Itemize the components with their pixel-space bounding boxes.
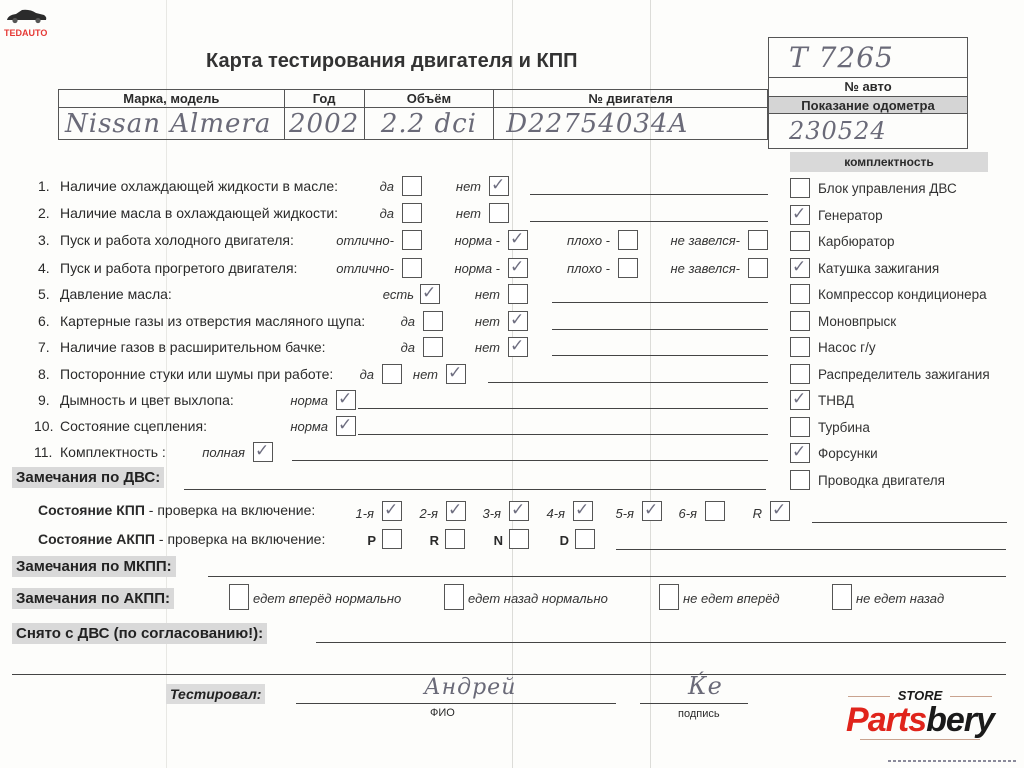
option-label: плохо - (567, 261, 610, 276)
option-label: да (380, 179, 394, 194)
store-label: STORE (898, 688, 943, 703)
gear-label: 2-я (419, 506, 438, 521)
check-number: 3. (38, 232, 50, 248)
engine-number-value[interactable]: D22754034A (494, 108, 768, 140)
gear-checkbox[interactable]: ✓ (382, 501, 402, 521)
check-label: Давление масла: (60, 286, 172, 302)
option-label: отлично- (336, 261, 394, 276)
option-label: да (360, 367, 374, 382)
option-checkbox[interactable]: ✓ (508, 311, 528, 331)
option-label: отлично- (336, 233, 394, 248)
check-label: Пуск и работа прогретого двигателя: (60, 260, 297, 276)
option-checkbox[interactable]: ✓ (508, 337, 528, 357)
kit-checkbox[interactable] (790, 284, 810, 304)
kit-checkbox[interactable]: ✓ (790, 390, 810, 410)
removed-label: Снято с ДВС (по согласованию!): (12, 623, 267, 644)
check-mark-icon: ✓ (792, 256, 806, 278)
manual-gearbox-notes-line[interactable] (812, 522, 1007, 523)
option-label: нет (413, 367, 438, 382)
notes-line[interactable] (358, 434, 768, 435)
kit-item-label: Насос г/у (818, 340, 876, 355)
option-checkbox[interactable] (748, 258, 768, 278)
auto-gearbox-notes-line[interactable] (616, 549, 1006, 550)
kit-checkbox[interactable]: ✓ (790, 205, 810, 225)
akpp-option-checkbox[interactable] (832, 584, 852, 610)
check-mark-icon: ✓ (384, 499, 398, 521)
option-label: не завелся- (670, 233, 740, 248)
kit-header: комплектность (790, 152, 988, 172)
akpp-option-checkbox[interactable] (444, 584, 464, 610)
notes-line[interactable] (530, 221, 768, 222)
option-label: норма (290, 419, 328, 434)
gear-checkbox[interactable]: ✓ (573, 501, 593, 521)
check-number: 5. (38, 286, 50, 302)
option-checkbox[interactable] (618, 230, 638, 250)
option-label: нет (456, 179, 481, 194)
option-checkbox[interactable]: ✓ (253, 442, 273, 462)
option-checkbox[interactable] (402, 176, 422, 196)
check-number: 8. (38, 366, 50, 382)
option-label: плохо - (567, 233, 610, 248)
check-number: 1. (38, 178, 50, 194)
check-mark-icon: ✓ (338, 388, 352, 410)
header-make-model: Марка, модель (59, 90, 285, 108)
check-mark-icon: ✓ (448, 499, 462, 521)
kit-checkbox[interactable] (790, 417, 810, 437)
partsbery-watermark: STORE Partsbery (834, 688, 1006, 740)
option-checkbox[interactable]: ✓ (508, 230, 528, 250)
removed-line[interactable] (316, 642, 1006, 643)
kit-checkbox[interactable] (790, 337, 810, 357)
notes-line[interactable] (488, 382, 768, 383)
kit-item-label: Турбина (818, 420, 870, 435)
kit-checkbox[interactable]: ✓ (790, 258, 810, 278)
check-number: 6. (38, 313, 50, 329)
option-checkbox[interactable]: ✓ (446, 364, 466, 384)
gear-position-label: P (367, 533, 376, 548)
option-checkbox[interactable]: ✓ (336, 416, 356, 436)
vehicle-table: Марка, модель Год Объём № двигателя Niss… (58, 89, 768, 140)
make-model-value[interactable]: Nissan Almera (59, 108, 285, 140)
signature-caption: подпись (678, 708, 720, 720)
kit-item-label: Распределитель зажигания (818, 367, 990, 382)
option-label: не завелся- (670, 261, 740, 276)
manual-gearbox-label: Состояние КПП - проверка на включение: (38, 502, 315, 518)
kit-item-label: Компрессор кондиционера (818, 287, 987, 302)
volume-value[interactable]: 2.2 dci (364, 108, 494, 140)
gear-label: 6-я (678, 506, 697, 521)
option-checkbox[interactable] (402, 258, 422, 278)
check-mark-icon: ✓ (792, 388, 806, 410)
gear-label: 4-я (546, 506, 565, 521)
signature-mark[interactable]: Ќе (688, 672, 723, 700)
option-checkbox[interactable]: ✓ (336, 390, 356, 410)
header-year: Год (284, 90, 364, 108)
gear-checkbox[interactable]: ✓ (770, 501, 790, 521)
fine-print (888, 760, 1018, 762)
check-mark-icon: ✓ (510, 309, 524, 331)
kit-item-label: Форсунки (818, 446, 878, 461)
gear-checkbox[interactable] (705, 501, 725, 521)
kit-checkbox[interactable] (790, 470, 810, 490)
header-engine-number: № двигателя (494, 90, 768, 108)
akpp-option-label: едет назад нормально (468, 591, 608, 606)
check-mark-icon: ✓ (510, 228, 524, 250)
check-mark-icon: ✓ (338, 414, 352, 436)
kit-checkbox[interactable] (790, 364, 810, 384)
gear-position-checkbox[interactable] (509, 529, 529, 549)
check-mark-icon: ✓ (792, 203, 806, 225)
akpp-option-checkbox[interactable] (229, 584, 249, 610)
option-label: норма - (454, 261, 500, 276)
option-label: норма (290, 393, 328, 408)
check-mark-icon: ✓ (511, 499, 525, 521)
option-checkbox[interactable] (618, 258, 638, 278)
engine-remarks-label: Замечания по ДВС: (12, 467, 164, 488)
option-label: нет (475, 314, 500, 329)
check-label: Посторонние стуки или шумы при работе: (60, 366, 333, 382)
option-checkbox[interactable] (402, 230, 422, 250)
check-number: 7. (38, 339, 50, 355)
kit-item-label: Катушка зажигания (818, 261, 939, 276)
gear-position-label: R (430, 533, 439, 548)
check-mark-icon: ✓ (575, 499, 589, 521)
gear-checkbox[interactable]: ✓ (642, 501, 662, 521)
option-label: норма - (454, 233, 500, 248)
option-label: да (401, 314, 415, 329)
gear-checkbox[interactable]: ✓ (446, 501, 466, 521)
option-label: есть (383, 287, 414, 302)
year-value[interactable]: 2002 (284, 108, 364, 140)
option-checkbox[interactable]: ✓ (508, 258, 528, 278)
kit-checkbox[interactable] (790, 178, 810, 198)
brand-bery: bery (926, 701, 994, 739)
odometer-label: Показание одометра (769, 96, 967, 114)
check-number: 9. (38, 392, 50, 408)
kit-item-label: Карбюратор (818, 234, 895, 249)
header-volume: Объём (364, 90, 494, 108)
signature-line[interactable] (640, 703, 748, 704)
option-checkbox[interactable] (423, 337, 443, 357)
option-label: полная (202, 445, 245, 460)
kit-checkbox[interactable]: ✓ (790, 443, 810, 463)
check-mark-icon: ✓ (491, 174, 505, 196)
check-number: 11. (34, 444, 52, 460)
brand-name: TEDAUTO (4, 28, 47, 38)
check-mark-icon: ✓ (644, 499, 658, 521)
kit-item-label: Генератор (818, 208, 883, 223)
car-number-label: № авто (769, 78, 967, 96)
option-label: нет (475, 287, 500, 302)
check-mark-icon: ✓ (255, 440, 269, 462)
check-label: Наличие газов в расширительном бачке: (60, 339, 326, 355)
gear-position-checkbox[interactable] (445, 529, 465, 549)
check-label: Картерные газы из отверстия масляного щу… (60, 313, 365, 329)
tester-name-value[interactable]: Андрей (424, 675, 516, 700)
kit-checkbox[interactable] (790, 231, 810, 251)
akpp-option-checkbox[interactable] (659, 584, 679, 610)
check-number: 10. (34, 418, 53, 434)
check-label: Дымность и цвет выхлопа: (60, 392, 234, 408)
kit-item-label: ТНВД (818, 393, 854, 408)
check-mark-icon: ✓ (510, 335, 524, 357)
gear-position-checkbox[interactable] (382, 529, 402, 549)
kit-item-label: Блок управления ДВС (818, 181, 957, 196)
check-mark-icon: ✓ (510, 256, 524, 278)
option-label: да (401, 340, 415, 355)
check-mark-icon: ✓ (792, 441, 806, 463)
check-label: Состояние сцепления: (60, 418, 207, 434)
gear-label: 5-я (615, 506, 634, 521)
tester-name-caption: ФИО (430, 707, 455, 719)
tester-name-line[interactable] (296, 703, 616, 704)
option-checkbox[interactable]: ✓ (420, 284, 440, 304)
engine-remarks-line[interactable] (184, 489, 766, 490)
car-number-value[interactable]: T 7265 (769, 38, 967, 78)
option-checkbox[interactable]: ✓ (489, 176, 509, 196)
option-label: да (380, 206, 394, 221)
mkpp-remarks-line[interactable] (208, 576, 1006, 577)
option-checkbox[interactable] (748, 230, 768, 250)
akpp-option-label: не едет назад (856, 591, 944, 606)
kit-checkbox[interactable] (790, 311, 810, 331)
odometer-value[interactable]: 230524 (769, 114, 967, 148)
option-checkbox[interactable] (508, 284, 528, 304)
gear-checkbox[interactable]: ✓ (509, 501, 529, 521)
mkpp-remarks-label: Замечания по МКПП: (12, 556, 176, 577)
gear-position-label: D (560, 533, 569, 548)
car-number-box: T 7265 № авто Показание одометра 230524 (768, 37, 968, 149)
notes-line[interactable] (552, 329, 768, 330)
option-checkbox[interactable] (402, 203, 422, 223)
kit-item-label: Моновпрыск (818, 314, 896, 329)
option-checkbox[interactable] (382, 364, 402, 384)
notes-line[interactable] (358, 408, 768, 409)
notes-line[interactable] (552, 302, 768, 303)
check-number: 2. (38, 205, 50, 221)
notes-line[interactable] (552, 355, 768, 356)
check-label: Наличие охлаждающей жидкости в масле: (60, 178, 338, 194)
page-title: Карта тестирования двигателя и КПП (206, 50, 577, 73)
tested-by-label: Тестировал: (166, 684, 265, 704)
check-mark-icon: ✓ (772, 499, 786, 521)
check-number: 4. (38, 260, 50, 276)
check-label: Наличие масла в охлаждающей жидкости: (60, 205, 338, 221)
option-checkbox[interactable] (489, 203, 509, 223)
akpp-remarks-label: Замечания по АКПП: (12, 588, 174, 609)
option-checkbox[interactable] (423, 311, 443, 331)
notes-line[interactable] (530, 194, 768, 195)
car-icon (4, 8, 48, 24)
check-label: Пуск и работа холодного двигателя: (60, 232, 294, 248)
check-mark-icon: ✓ (448, 362, 462, 384)
akpp-option-label: не едет вперёд (683, 591, 780, 606)
notes-line[interactable] (292, 460, 768, 461)
option-label: нет (475, 340, 500, 355)
brand-parts: Parts (846, 701, 926, 739)
check-label: Комплектность : (60, 444, 166, 460)
check-mark-icon: ✓ (422, 282, 436, 304)
gear-label: 3-я (482, 506, 501, 521)
gear-label: 1-я (355, 506, 374, 521)
tedauto-logo: TEDAUTO (4, 8, 50, 38)
gear-position-label: N (494, 533, 503, 548)
auto-gearbox-label: Состояние АКПП - проверка на включение: (38, 531, 325, 547)
gear-label: R (753, 506, 762, 521)
akpp-option-label: едет вперёд нормально (253, 591, 401, 606)
kit-item-label: Проводка двигателя (818, 473, 945, 488)
gear-position-checkbox[interactable] (575, 529, 595, 549)
option-label: нет (456, 206, 481, 221)
